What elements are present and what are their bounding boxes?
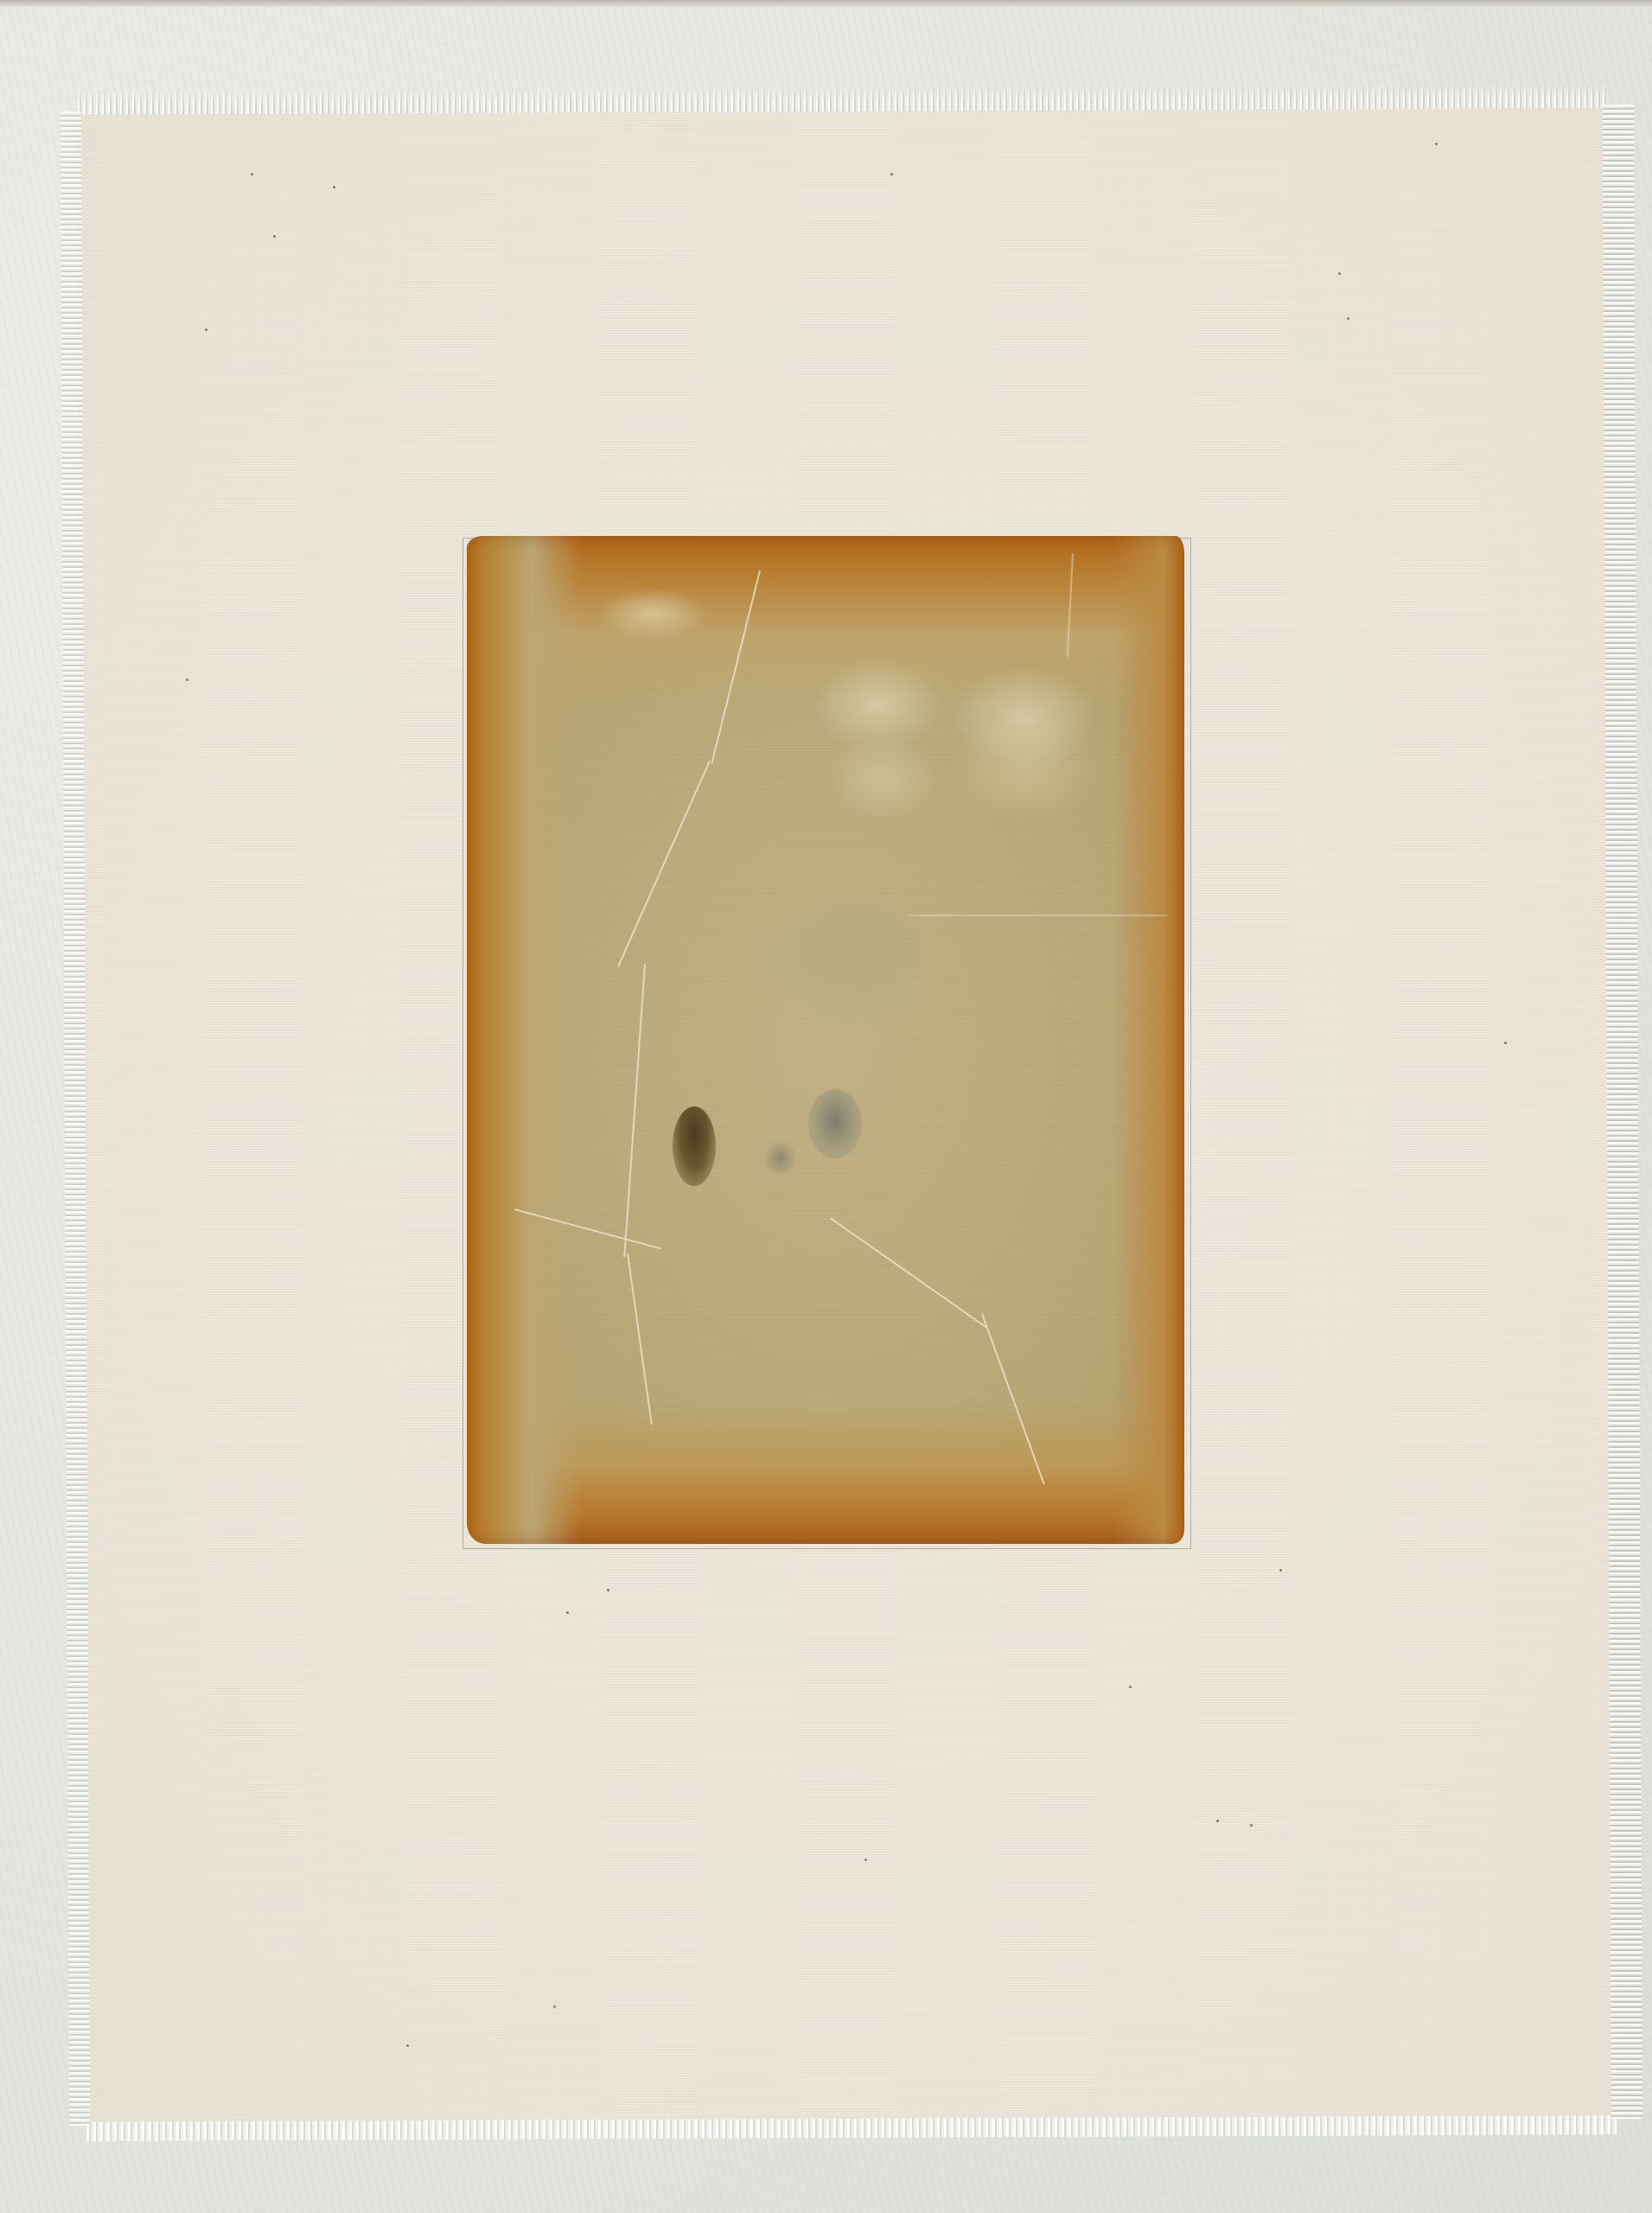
dust-speck [205,328,207,331]
light-patch [813,657,942,752]
crease-line [617,761,711,966]
dust-speck [406,2044,409,2047]
artwork: Abstract mixed-media artwork: an aged, s… [0,0,1652,2213]
dust-speck [1347,317,1349,320]
dark-blot [673,1106,716,1186]
dust-speck [553,2006,556,2008]
crease-line [623,964,646,1257]
dust-speck [1338,272,1341,275]
crease-line [1067,553,1074,657]
dust-speck [1216,1820,1219,1822]
dust-speck [251,173,253,175]
gray-blot [808,1089,862,1158]
dust-speck [864,1859,867,1861]
crease-line [830,1217,986,1328]
dust-speck [333,186,335,188]
dust-speck [273,235,276,238]
dust-speck [1504,1042,1507,1044]
dust-speck [186,679,188,681]
crease-line [711,571,761,764]
dust-speck [1435,143,1438,145]
crease-line [908,915,1167,916]
dust-speck [1129,1686,1132,1688]
crease-line [981,1313,1045,1484]
dust-speck [566,1611,569,1614]
dust-speck [1250,1824,1253,1827]
dust-speck [1279,1569,1282,1572]
stained-sheet [467,536,1184,1544]
crease-line [627,1253,653,1425]
gray-blot-small [765,1141,796,1176]
dust-speck [607,1589,609,1591]
dust-speck [890,173,893,175]
panel-top-edge [0,0,1652,7]
light-patch [596,588,709,640]
crease-line [514,1209,661,1249]
light-patch [951,666,1098,769]
